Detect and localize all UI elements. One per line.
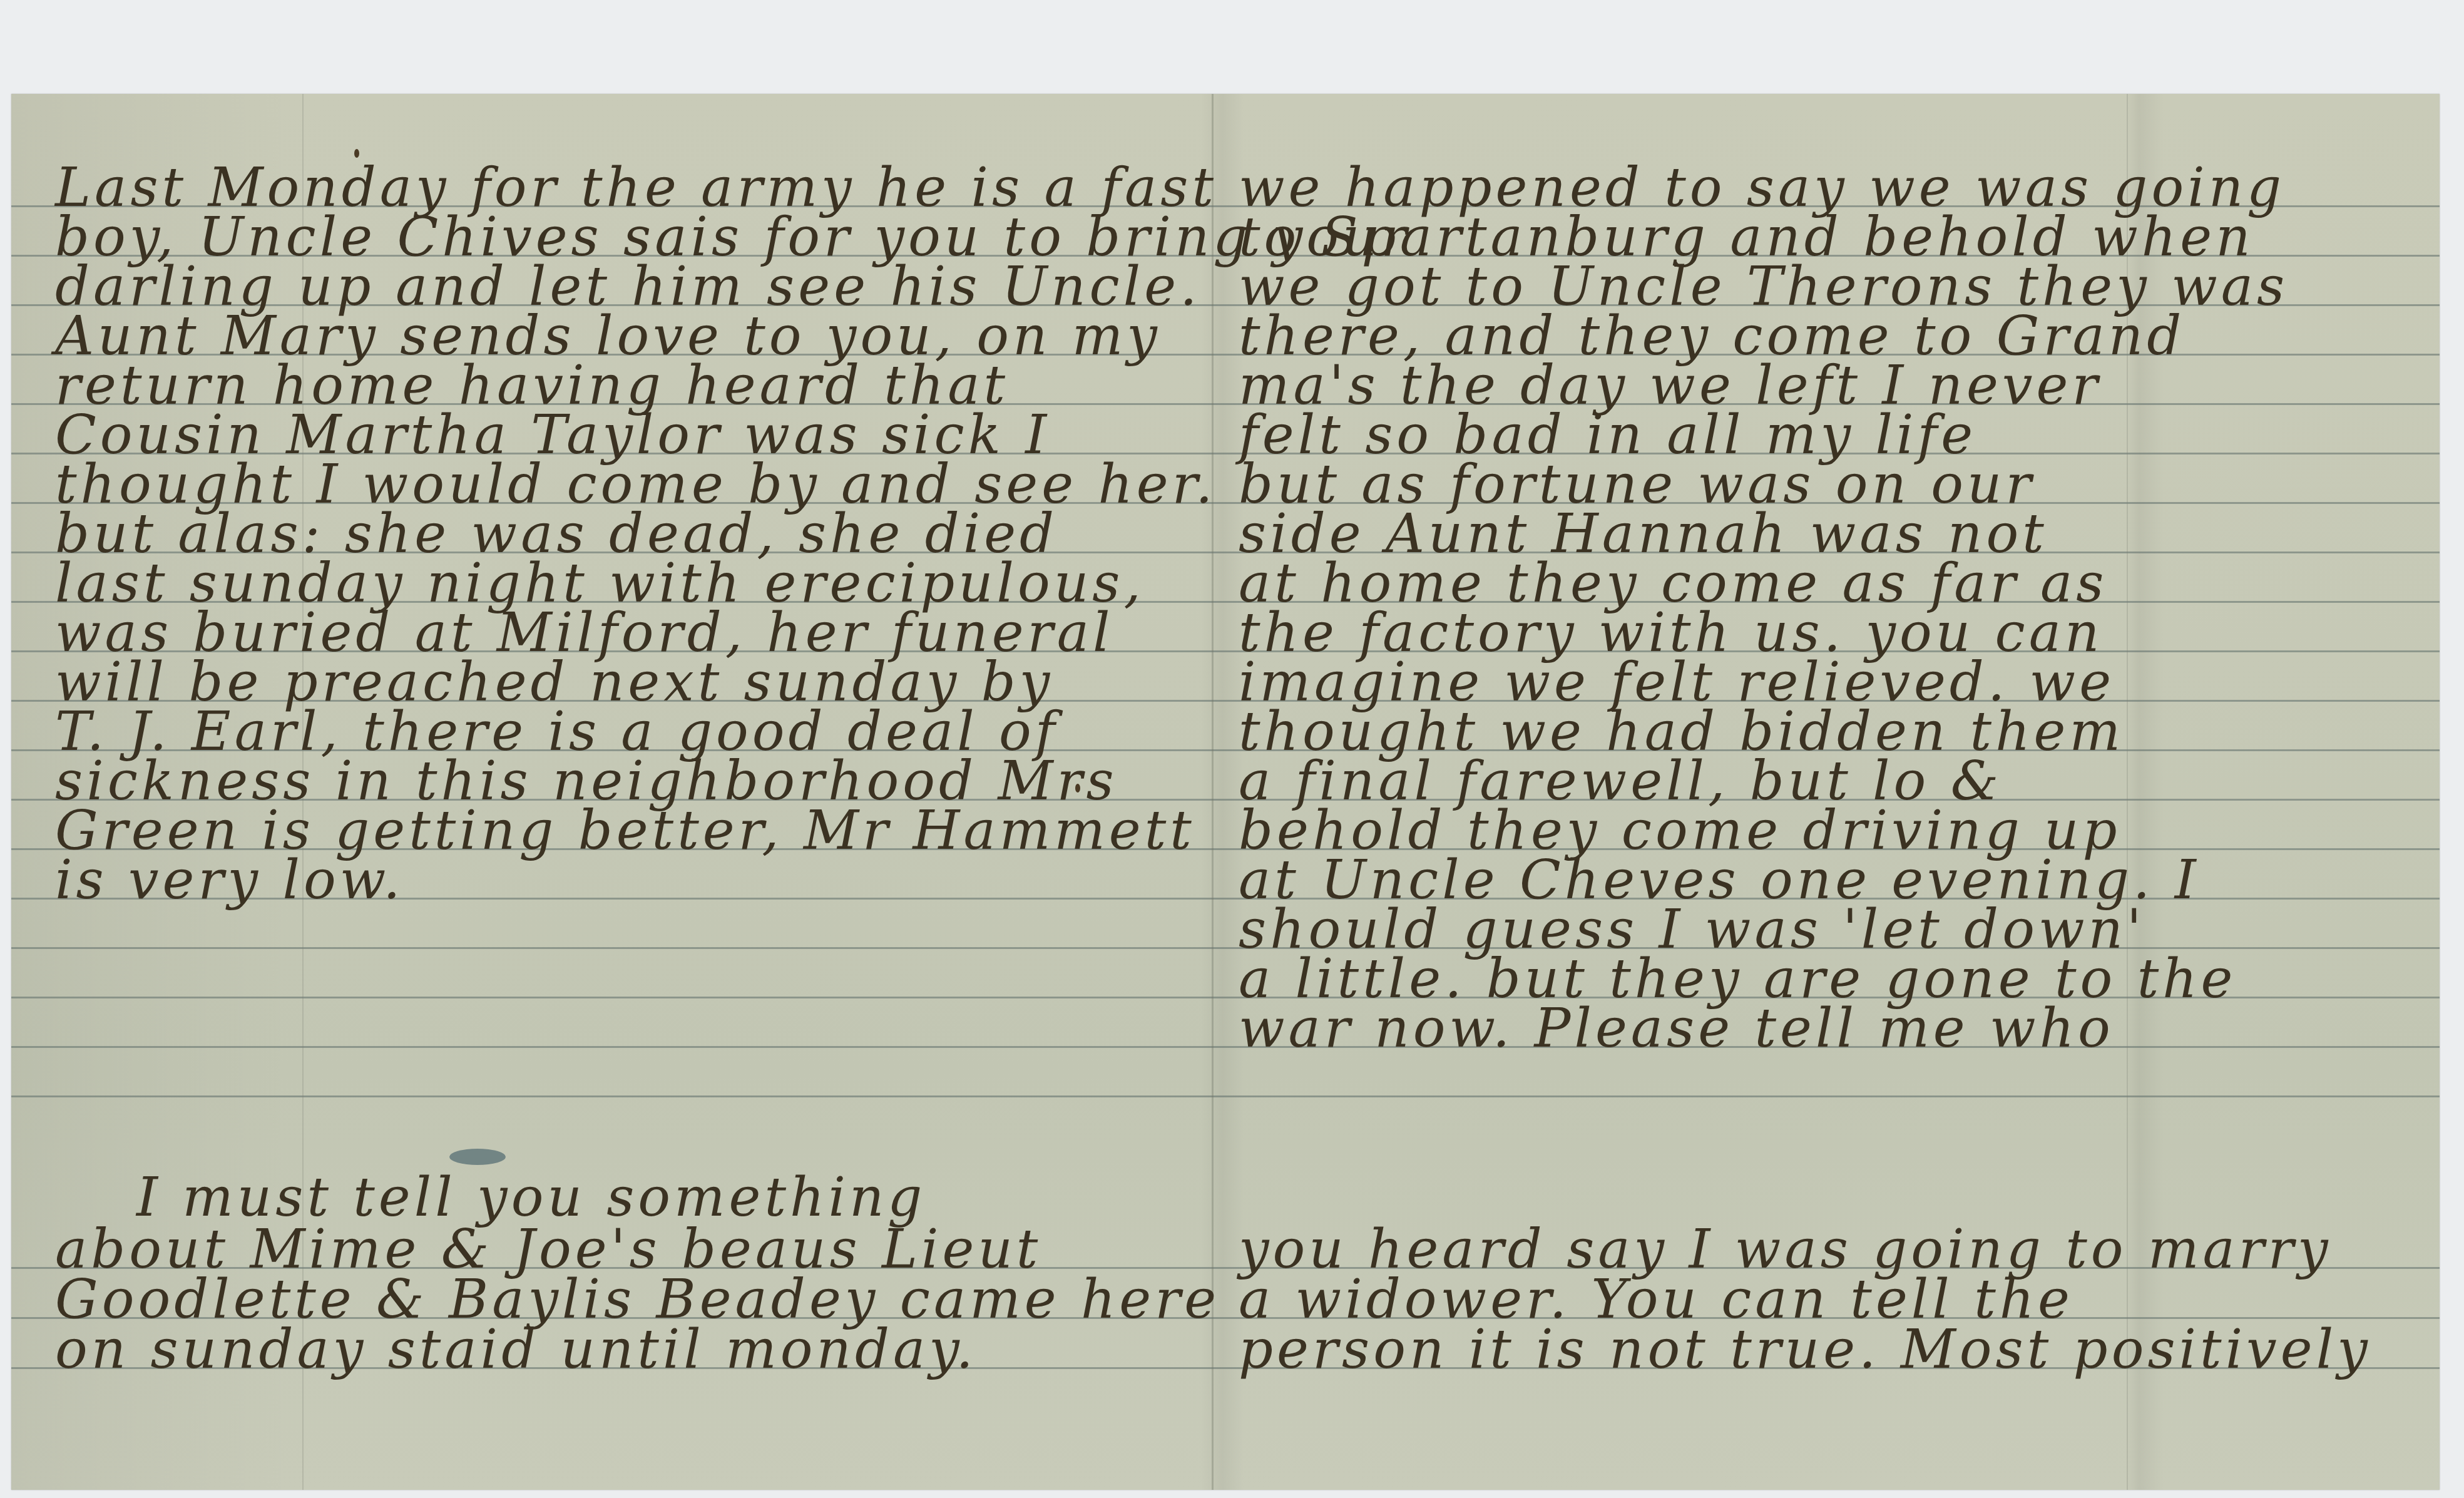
- left-page: Last Monday for the army he is a fast bo…: [11, 94, 1212, 1490]
- right-page: we happened to say we was going to Spart…: [1214, 94, 2440, 1490]
- letter-line: person it is not true. Most positively: [1239, 1323, 2371, 1377]
- letter-line: war now. Please tell me who: [1239, 1002, 2114, 1055]
- letter-line: is very low.: [55, 853, 404, 907]
- ink-blot: [449, 1149, 506, 1165]
- letter-line: I must tell you something: [136, 1171, 926, 1224]
- letter-line: on sunday staid until monday.: [55, 1323, 977, 1377]
- letter-sheet: Last Monday for the army he is a fast bo…: [11, 94, 2440, 1490]
